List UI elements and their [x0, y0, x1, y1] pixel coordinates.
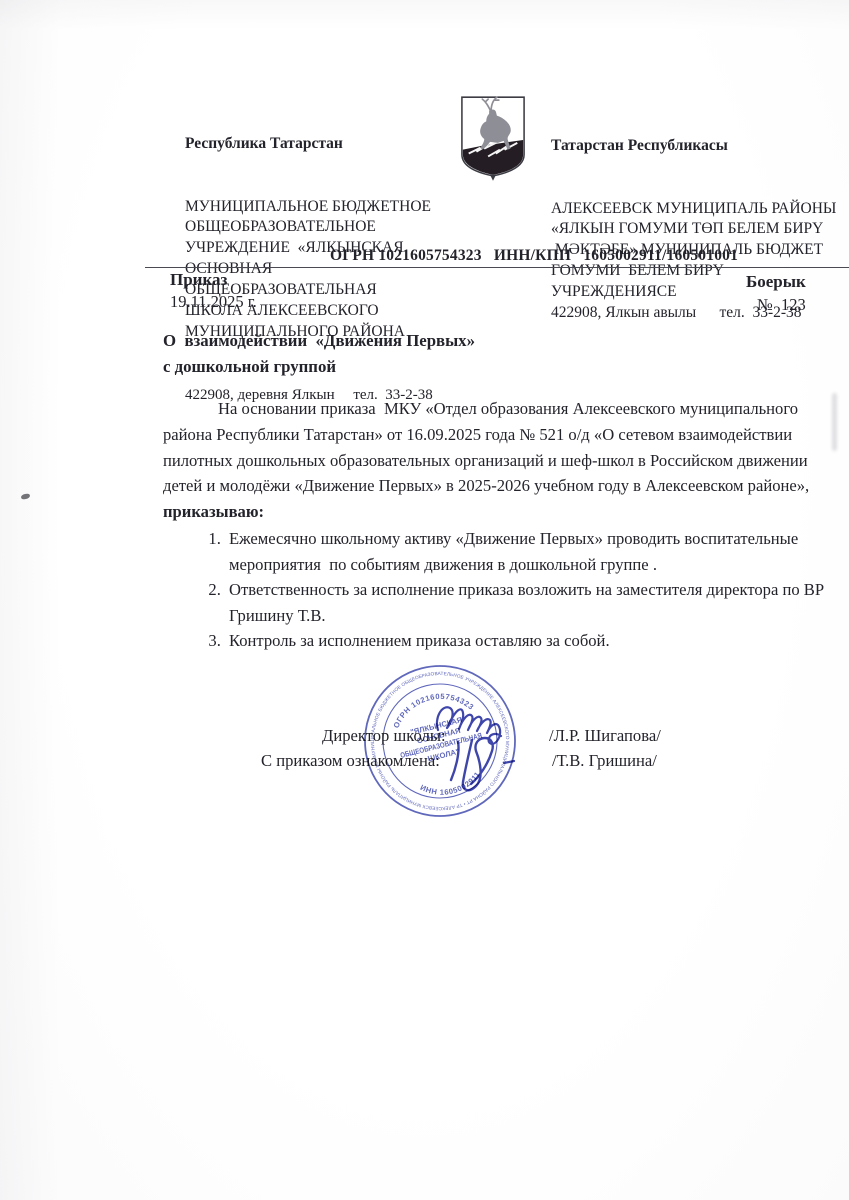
order-subject: О взаимодействии «Движения Первых» с дош… [163, 328, 683, 380]
emblem-tip [490, 175, 496, 181]
order-directive: приказываю: [163, 499, 825, 525]
order-item: Ежемесячно школьному активу «Движение Пе… [225, 526, 825, 577]
letterhead-line: АЛЕКСЕЕВСК МУНИЦИПАЛЬ РАЙОНЫ [551, 199, 843, 220]
order-item: Контроль за исполнением приказа оставляю… [225, 628, 825, 654]
letterhead-divider [145, 267, 849, 268]
order-number: № 123 [757, 295, 806, 315]
letterhead-line: МУНИЦИПАЛЬНОЕ БЮДЖЕТНОЕ [185, 197, 461, 218]
letterhead-tat-title: Татарстан Республикасы [551, 136, 843, 157]
order-item: Ответственность за исполнение приказа во… [225, 577, 825, 628]
order-date: 19.11.2025 г. [170, 292, 257, 312]
letterhead-tatar: Татарстан Республикасы АЛЕКСЕЕВСК МУНИЦИ… [551, 94, 843, 366]
coat-of-arms-emblem [459, 94, 527, 182]
registration-numbers: ОГРН 1021605754323 ИНН/КПП 1605002911/16… [330, 247, 738, 265]
order-title-tat: Боерык [746, 272, 806, 292]
order-items-list: Ежемесячно школьному активу «Движение Пе… [163, 526, 825, 654]
order-body: На основании приказа МКУ «Отдел образова… [163, 396, 825, 654]
scan-speck-artifact [21, 493, 31, 500]
order-title-ru: Приказ [170, 270, 227, 290]
director-signature-ink [437, 707, 501, 744]
subject-line-2: с дошкольной группой [163, 354, 683, 380]
order-preamble: На основании приказа МКУ «Отдел образова… [163, 396, 825, 499]
acknowledged-signature-ink [451, 738, 493, 790]
letterhead-line: ОБЩЕОБРАЗОВАТЕЛЬНОЕ [185, 217, 461, 238]
scan-edge-smudge [832, 393, 837, 451]
scanned-document-page: Республика Татарстан МУНИЦИПАЛЬНОЕ БЮДЖЕ… [0, 0, 849, 1200]
handwritten-signatures [424, 690, 589, 800]
letterhead-ru-title: Республика Татарстан [185, 134, 461, 155]
subject-line-1: О взаимодействии «Движения Первых» [163, 328, 683, 354]
signature-dash-ink [504, 761, 514, 763]
letterhead-line: «ЯЛКЫН ГОМУМИ ТӨП БЕЛЕМ БИРҮ [551, 219, 843, 240]
